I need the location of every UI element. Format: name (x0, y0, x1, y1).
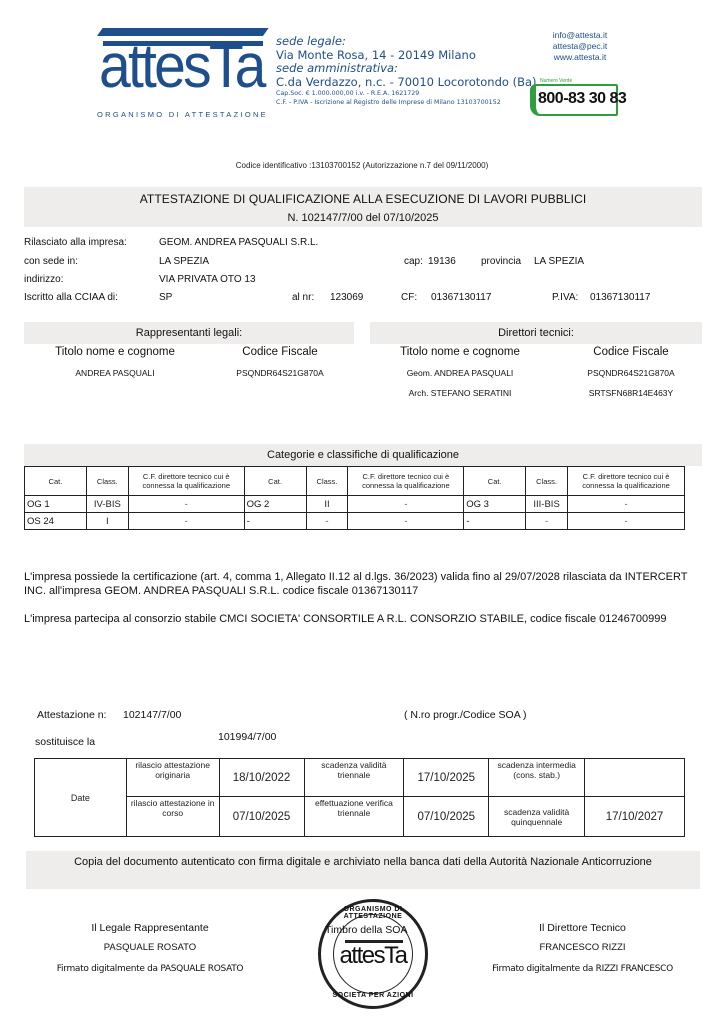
sostituisce-label: sostituisce la (35, 736, 95, 748)
rappresentante-cf: PSQNDR64S21G870A (215, 368, 345, 378)
signature-role: Il Legale Rappresentante (30, 922, 270, 934)
direttori-col-name: Titolo nome e cognome (385, 346, 535, 358)
numero-verde-label: Numero Verde (538, 78, 574, 84)
numero-verde-number: 800-83 30 83 (538, 90, 626, 108)
header-cell: Class. (306, 467, 348, 496)
header-cell: Class. (526, 467, 568, 496)
contacts: info@attesta.it attesta@pec.it www.attes… (540, 30, 620, 63)
table-row: OS 24 I - - - - - - - (25, 513, 685, 530)
sede-amministrativa-label: sede amministrativa: (276, 62, 537, 75)
sostituisce-value: 101994/7/00 (218, 731, 276, 743)
title-line2: N. 102147/7/00 del 07/10/2025 (24, 212, 702, 224)
indirizzo-value: VIA PRIVATA OTO 13 (159, 274, 256, 285)
cf-cell: - (348, 513, 464, 530)
header-cell: Class. (86, 467, 128, 496)
cat-cell: OG 1 (25, 496, 87, 513)
rilasciato-value: GEOM. ANDREA PASQUALI S.R.L. (159, 237, 318, 248)
numero-verde-badge: Numero Verde 800-83 30 83 (526, 78, 619, 118)
cf-cell: - (128, 496, 244, 513)
class-cell: III-BIS (526, 496, 568, 513)
sede-legale-address: Via Monte Rosa, 14 - 20149 Milano (276, 48, 537, 62)
title-line1: ATTESTAZIONE DI QUALIFICAZIONE ALLA ESEC… (24, 192, 702, 206)
rappresentanti-col-name: Titolo nome e cognome (40, 346, 190, 358)
rilascio-originaria-value: 18/10/2022 (219, 759, 304, 797)
table-row: rilascio attestazione in corso 07/10/202… (35, 797, 685, 837)
rappresentanti-header: Rappresentanti legali: (24, 322, 354, 344)
header-cell: C.F. direttore tecnico cui è connessa la… (568, 467, 685, 496)
attestazione-label: Attestazione n: (37, 709, 106, 721)
dates-table: Date rilascio attestazione originaria 18… (34, 758, 685, 837)
stamp-bottom-text: SOCIETA PER AZIONI (321, 992, 425, 999)
categorie-header: Categorie e classifiche di qualificazion… (24, 444, 702, 466)
date-label: Date (35, 759, 127, 837)
cap-value: 19136 (428, 256, 456, 267)
certificazione-paragraph: L'impresa possiede la certificazione (ar… (24, 570, 704, 598)
scadenza-quinquennale-label: scadenza validità quinquennale (489, 797, 585, 837)
piva-value: 01367130117 (590, 292, 650, 303)
cap-label: cap: (404, 256, 423, 267)
signature-role: Il Direttore Tecnico (465, 922, 700, 934)
website-link[interactable]: www.attesta.it (540, 52, 620, 63)
header-cell: Cat. (25, 467, 87, 496)
attestazione-value: 102147/7/00 (123, 709, 181, 721)
cf-cell: - (568, 496, 685, 513)
consorzio-paragraph: L'impresa partecipa al consorzio stabile… (24, 612, 704, 626)
class-cell: - (306, 513, 348, 530)
alnr-label: al nr: (292, 292, 314, 303)
direttori-col-cf: Codice Fiscale (566, 346, 696, 358)
rilascio-corso-label: rilascio attestazione in corso (126, 797, 219, 837)
verifica-triennale-label: effettuazione verifica triennale (304, 797, 404, 837)
provincia-value: LA SPEZIA (534, 256, 584, 267)
pec-link[interactable]: attesta@pec.it (540, 41, 620, 52)
class-cell: - (526, 513, 568, 530)
anac-note: Copia del documento autenticato con firm… (26, 851, 700, 889)
provincia-label: provincia (481, 256, 521, 267)
email-link[interactable]: info@attesta.it (540, 30, 620, 41)
class-cell: II (306, 496, 348, 513)
sede-legale-label: sede legale: (276, 35, 537, 48)
cciaa-value: SP (159, 292, 172, 303)
cat-cell: OG 3 (464, 496, 526, 513)
cat-cell: - (244, 513, 306, 530)
cf-cell: - (568, 513, 685, 530)
direttori-header: Direttori tecnici: (370, 322, 702, 344)
attestazione-note: ( N.ro progr./Codice SOA ) (404, 709, 527, 721)
cf-label: CF: (401, 292, 417, 303)
signature-name: FRANCESCO RIZZI (465, 942, 700, 953)
logo-subtitle: ORGANISMO DI ATTESTAZIONE (97, 110, 268, 119)
attesta-logo: attesTa ORGANISMO DI ATTESTAZIONE (97, 28, 267, 120)
digital-signature: Firmato digitalmente da RIZZI FRANCESCO (465, 964, 700, 974)
soa-stamp: ORGANISMO DI ATTESTAZIONE attesTa Timbro… (318, 899, 428, 1009)
signature-name: PASQUALE ROSATO (30, 942, 270, 953)
rilascio-originaria-label: rilascio attestazione originaria (126, 759, 219, 797)
digital-signature: Firmato digitalmente da PASQUALE ROSATO (30, 964, 270, 974)
rilascio-corso-value: 07/10/2025 (219, 797, 304, 837)
sede-label: con sede in: (24, 256, 78, 267)
logo-text: attesTa (99, 36, 264, 98)
piva-label: P.IVA: (552, 292, 578, 303)
cf-value: 01367130117 (431, 292, 491, 303)
cciaa-label: Iscritto alla CCIAA di: (24, 292, 118, 303)
header-cell: Cat. (244, 467, 306, 496)
table-row: Date rilascio attestazione originaria 18… (35, 759, 685, 797)
sede-amministrativa-address: C.da Verdazzo, n.c. - 70010 Locorotondo … (276, 75, 537, 89)
table-row: OG 1 IV-BIS - OG 2 II - OG 3 III-BIS - (25, 496, 685, 513)
class-cell: I (86, 513, 128, 530)
stamp-overlay-text: Timbro della SOA (325, 924, 407, 936)
rilasciato-label: Rilasciato alla impresa: (24, 237, 127, 248)
codice-identificativo: Codice identificativo :13103700152 (Auto… (0, 161, 724, 170)
legal-representative-signature: Il Legale Rappresentante PASQUALE ROSATO… (30, 922, 270, 974)
cat-cell: - (464, 513, 526, 530)
class-cell: IV-BIS (86, 496, 128, 513)
sede-value: LA SPEZIA (159, 256, 209, 267)
verifica-triennale-value: 07/10/2025 (404, 797, 489, 837)
header-cell: C.F. direttore tecnico cui è connessa la… (128, 467, 244, 496)
direttore-cf: SRTSFN68R14E463Y (566, 388, 696, 398)
scadenza-intermedia-value (585, 759, 685, 797)
stamp-logo: attesTa (339, 942, 407, 970)
rappresentanti-col-cf: Codice Fiscale (215, 346, 345, 358)
scadenza-quinquennale-value: 17/10/2027 (585, 797, 685, 837)
cf-cell: - (128, 513, 244, 530)
document-title: ATTESTAZIONE DI QUALIFICAZIONE ALLA ESEC… (24, 187, 702, 227)
capital-info: Cap.Soc. € 1.000.000,00 i.v. - R.E.A. 16… (276, 89, 537, 98)
scadenza-triennale-label: scadenza validità triennale (304, 759, 404, 797)
technical-director-signature: Il Direttore Tecnico FRANCESCO RIZZI Fir… (465, 922, 700, 974)
direttore-cf: PSQNDR64S21G870A (566, 368, 696, 378)
rappresentante-name: ANDREA PASQUALI (40, 368, 190, 378)
alnr-value: 123069 (330, 292, 363, 303)
indirizzo-label: indirizzo: (24, 274, 63, 285)
header-cell: Cat. (464, 467, 526, 496)
cf-cell: - (348, 496, 464, 513)
direttore-name: Arch. STEFANO SERATINI (385, 388, 535, 398)
scadenza-triennale-value: 17/10/2025 (404, 759, 489, 797)
cat-cell: OS 24 (25, 513, 87, 530)
company-addresses: sede legale: Via Monte Rosa, 14 - 20149 … (276, 35, 537, 107)
table-header-row: Cat. Class. C.F. direttore tecnico cui è… (25, 467, 685, 496)
categorie-table: Cat. Class. C.F. direttore tecnico cui è… (24, 466, 685, 530)
registry-info: C.F. - P.IVA - Iscrizione al Registro de… (276, 98, 537, 107)
scadenza-intermedia-label: scadenza intermedia (cons. stab.) (489, 759, 585, 797)
direttore-name: Geom. ANDREA PASQUALI (385, 368, 535, 378)
cat-cell: OG 2 (244, 496, 306, 513)
header-cell: C.F. direttore tecnico cui è connessa la… (348, 467, 464, 496)
